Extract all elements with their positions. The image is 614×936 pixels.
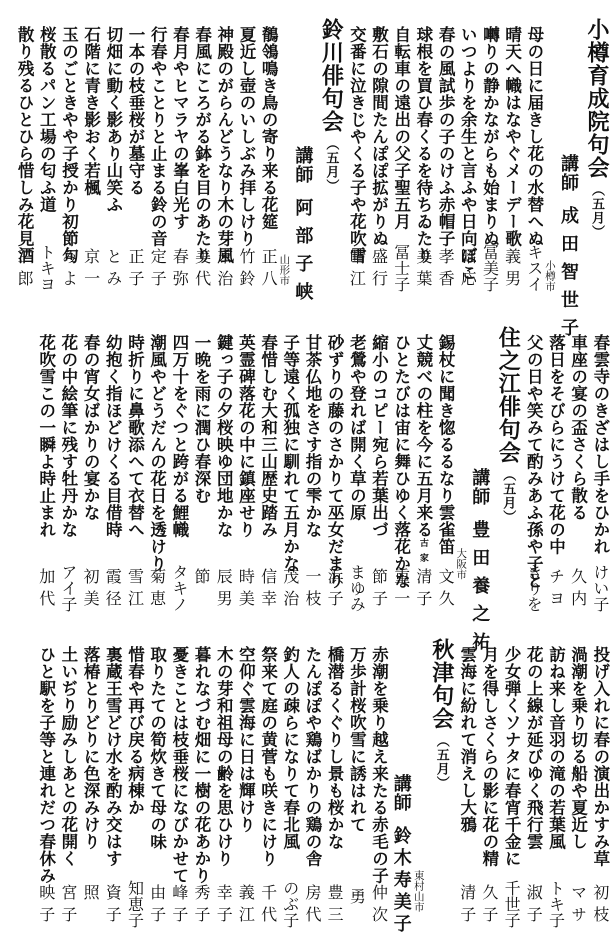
author: 浜子 (324, 568, 344, 612)
verse: 桜散るパン工場の匂ふ道 (36, 26, 56, 213)
author: のぶ子 (280, 880, 300, 928)
city-column: 東村山市 (413, 624, 425, 936)
author: 信幸 (258, 568, 278, 612)
verse: 春月やヒマラヤの峯白光す (169, 26, 189, 230)
haiku-entry: 花の上線が延びゆく飛行雲淑子 (521, 624, 543, 936)
haiku-entry: 憂きことは枝垂桜になびかせて峰子 (167, 624, 189, 936)
author: みよ (58, 248, 78, 292)
verse: 花の上線が延びゆく飛行雲 (523, 646, 543, 850)
haiku-entry: 落日をそびらにうけて花の中チヨ (543, 312, 565, 620)
haiku-entry: 花吹雪この一瞬よ時止まれ加代 (34, 312, 56, 620)
verse: 空仰ぐ雲海に日は輝けり (235, 646, 255, 833)
verse: ひと駅を子等と連れだつ春休み (36, 646, 56, 884)
group-title-column: 鈴川俳句会（五月） (314, 4, 344, 300)
author: 末治 (214, 248, 234, 292)
author: 清子 (457, 884, 477, 928)
author: 知恵子 (124, 880, 144, 928)
haiku-entry: 春月やヒマラヤの峯白光す春弥 (167, 4, 189, 300)
author: 仲次 (369, 884, 389, 928)
city-label: 山形市 (278, 254, 289, 286)
city-column: 山形市 (278, 4, 290, 300)
haiku-entry: いつよりを余生と言ふや日向ぼこ昭応 (455, 4, 477, 300)
haiku-entry: ひと駅を子等と連れだつ春休み映子 (34, 624, 56, 936)
author: 淑子 (523, 884, 543, 928)
verse: 渦潮を乗り切る船や夏近し (568, 646, 588, 850)
haiku-entry: 花の中絵筆に残す牡丹かなアイ子 (56, 312, 78, 620)
verse: 一本の枝垂桜が墓守る (125, 26, 145, 196)
haiku-entry: 木の芽和祖母の齢を思ひけり幸子 (211, 624, 233, 936)
haiku-entry: 父の日や笑みて酌みあふ孫や子ときりを (521, 312, 543, 620)
verse: 雲海に紛れて消えし大鴉 (457, 646, 477, 833)
verse: 春惜しむ大和三山歴史踏み (258, 334, 278, 538)
haiku-entry: 老鶯や登れば開く草の原まゆみ (344, 312, 366, 620)
verse: 万歩計桜吹雪に誘はれて (346, 646, 366, 833)
author: 三郎 (14, 248, 34, 292)
haiku-entry: 雲海に紛れて消えし大鴉清子 (455, 624, 477, 936)
verse: 月を得しさくらの影に花の精 (479, 646, 499, 867)
haiku-entry: 夏近し壺のいしぶみ拝しけり竹鈴 (234, 4, 256, 300)
city-column: 大阪市 (455, 312, 467, 620)
group-title: 鈴川俳句会（五月） (318, 18, 342, 193)
haiku-entry: 投げ入れに春の演出かすみ草初枝 (588, 624, 610, 936)
city-column: 小樽市 (544, 4, 556, 300)
author: 孝香 (435, 248, 455, 292)
haiku-entry: 一本の枝垂桜が墓守る正子 (123, 4, 145, 300)
author: 辰男 (213, 568, 233, 612)
band-top: 小樽育成院句会（五月） 講師成田智世子 小樽市 母の日に届きし花の水替へぬキスイ… (0, 4, 614, 300)
verse: 行春やことりと止まる鈴の音 (147, 26, 167, 247)
author: 宮子 (58, 884, 78, 928)
group-title: 秋津句会（五月） (429, 638, 453, 790)
author: キスイ (524, 244, 544, 292)
verse: たんぽぽや鶏ばかりの鶏の舎 (302, 646, 322, 867)
haiku-entry: 甘茶仏地をさす指の雫かな一枝 (300, 312, 322, 620)
haiku-entry: 訪ね来し音羽の滝の若葉風トキ子 (543, 624, 565, 936)
haiku-entry: 落椿とりどりに色深みけり照 (78, 624, 100, 936)
haiku-entry: 鶺鴒鳴き鳥の寄り来る花筵正八 (256, 4, 278, 300)
verse: 錫杖に聞き惚るるなり雲雀笛 (435, 334, 455, 555)
haiku-entry: 時折りに鼻歌添へて衣替へ雪江 (122, 312, 144, 620)
author: 映子 (36, 884, 56, 928)
author: とみ (103, 248, 123, 292)
verse: 鶺鴒鳴き鳥の寄り来る花筵 (258, 26, 278, 230)
verse: 甘茶仏地をさす指の雫かな (302, 334, 322, 538)
verse: 落椿とりどりに色深みけり (80, 646, 100, 850)
teacher-column: 講師鈴木寿美子 (389, 624, 413, 936)
author: 豊三 (324, 884, 344, 928)
verse: 木の芽和祖母の齢を思ひけり (213, 646, 233, 867)
verse: 晴天へ幟はなやぐメーデー歌 (502, 26, 522, 247)
haiku-entry: 春の宵女ばかりの宴かな初美 (78, 312, 100, 620)
verse: 春風にころがる鉢を目のあたり (192, 26, 212, 264)
verse: 車座の宴の盃さくら散る (568, 334, 588, 521)
city-label: 東村山市 (413, 870, 424, 912)
author: 重一 (391, 568, 411, 612)
verse: 釣人の疎らになりて春北風 (280, 646, 300, 850)
teacher-column: 講師阿部子峡 (290, 4, 314, 300)
verse: 祭来て庭の黄菅も咲きにけり (258, 646, 278, 867)
haiku-entry: 神殿のがらんどうなり木の芽風末治 (212, 4, 234, 300)
author: タキノ (169, 564, 189, 612)
haiku-entry: 錫杖に聞き惚るるなり雲雀笛文久 (433, 312, 455, 620)
author: 初美 (80, 568, 100, 612)
author: 加代 (36, 568, 56, 612)
haiku-entry: 幼抱く指ほどけくる目借時霞径 (100, 312, 122, 620)
author-surname: 古家 (418, 538, 428, 568)
haiku-entry: 万歩計桜吹雪に誘はれて勇 (344, 624, 366, 936)
haiku-entry: 丈競べの柱を今に五月来る古家清子 (411, 312, 433, 620)
author: 美代 (192, 248, 212, 292)
author: 時美 (235, 568, 255, 612)
author: 正子 (125, 248, 145, 292)
author: 盛行 (369, 248, 389, 292)
haiku-entry: 砂ずりの藤のさかりて巫女だまり浜子 (322, 312, 344, 620)
author: 幸子 (213, 884, 233, 928)
band-bottom: 投げ入れに春の演出かすみ草初枝 渦潮を乗り切る船や夏近しマサ 訪ね来し音羽の滝の… (0, 624, 614, 936)
verse: 散り残るひとひら惜しみ花見酒 (14, 26, 34, 264)
author: 竹鈴 (236, 248, 256, 292)
author: 茂治 (280, 568, 300, 612)
haiku-entry: 釣人の疎らになりて春北風のぶ子 (278, 624, 300, 936)
author: 正八 (258, 248, 278, 292)
verse: 春の宵女ばかりの宴かな (80, 334, 100, 521)
haiku-entry: 裏蔵王雪どけ水を酌み交はす資子 (100, 624, 122, 936)
haiku-entry: 春惜しむ大和三山歴史踏み信幸 (256, 312, 278, 620)
author: 節 (191, 568, 211, 590)
author: 照 (80, 884, 100, 906)
verse: 裏蔵王雪どけ水を酌み交はす (102, 646, 122, 867)
verse: 一晩を雨に潤ひ春深む (191, 334, 211, 504)
verse: 四万十をぐつと跨がる鯉幟 (169, 334, 189, 538)
author: 由子 (147, 884, 167, 928)
author: トキ子 (545, 880, 565, 928)
verse: 落日をそびらにうけて花の中 (545, 334, 565, 555)
haiku-entry: 英霊碑落花の中に鎮座せり時美 (233, 312, 255, 620)
verse: 切畑に動く影あり山笑ふ (103, 26, 123, 213)
haiku-entry: ひとたびは宙に舞ひゆく落花かな重一 (389, 312, 411, 620)
verse: 潮風やどうだんの花日を透けり (147, 334, 167, 572)
band-middle: 春雲寺のきざはし手をひかれけい子 車座の宴の盃さくら散る久内 落日をそびらにうけ… (0, 312, 614, 620)
author: 霞径 (102, 568, 122, 612)
author: 秀子 (191, 884, 211, 928)
teacher: 講師阿部子峡 (292, 146, 312, 310)
haiku-entry: 月を得しさくらの影に花の精久子 (477, 624, 499, 936)
verse: 英霊碑落花の中に鎮座せり (235, 334, 255, 538)
author: 久内 (568, 568, 588, 612)
verse: 取りたての筍炊きて母の味 (147, 646, 167, 850)
author: 冨美子 (479, 244, 499, 292)
haiku-entry: 母の日に届きし花の水替へぬキスイ (522, 4, 544, 300)
author: けい子 (590, 564, 610, 612)
author: チヨ (545, 568, 565, 612)
verse: 少女弾くソナタに春宵千金に (501, 646, 521, 867)
verse: 丈競べの柱を今に五月来る (413, 334, 433, 538)
verse: 子等遠く孤独に馴れて五月かな (280, 334, 300, 572)
author: 昭応 (457, 248, 477, 292)
haiku-entry: 散り残るひとひら惜しみ花見酒三郎 (12, 4, 34, 300)
group-title-column: 小樽育成院句会（五月） (580, 4, 610, 300)
haiku-entry: 車座の宴の盃さくら散る久内 (566, 312, 588, 620)
verse: 交番に泣きじやくる子や花吹雪 (346, 26, 366, 264)
verse: 玉のごときやや子授かり初節句 (58, 26, 78, 264)
verse: 夏近し壺のいしぶみ拝しけり (236, 26, 256, 247)
haiku-entry: 土いぢり励みしあとの花開く宮子 (56, 624, 78, 936)
verse: 憂きことは枝垂桜になびかせて (169, 646, 189, 884)
haiku-entry: 自転車の遠出の父子聖五月冨士子 (389, 4, 411, 300)
verse: 石階に青き影おく若楓 (81, 26, 101, 196)
author: 春弥 (169, 248, 189, 292)
haiku-entry: 四万十をぐつと跨がる鯉幟タキノ (167, 312, 189, 620)
verse: 鍵っ子の夕桜映ゆ団地かな (213, 334, 233, 538)
author: 千代 (258, 884, 278, 928)
author: マサ (568, 884, 588, 928)
haiku-entry: 春雲寺のきざはし手をひかれけい子 (588, 312, 610, 620)
haiku-entry: 潮風やどうだんの花日を透けり菊恵 (145, 312, 167, 620)
author: 晴江 (346, 248, 366, 292)
verse: 花吹雪この一瞬よ時止まれ (36, 334, 56, 538)
haiku-entry: 切畑に動く影あり山笑ふとみ (101, 4, 123, 300)
haiku-entry: 橋潜るくぐりし景も桜かな豊三 (322, 624, 344, 936)
teacher: 講師鈴木寿美子 (391, 774, 411, 936)
verse: 時折りに鼻歌添へて衣替へ (124, 334, 144, 538)
author: 久子 (479, 884, 499, 928)
haiku-entry: 鍵っ子の夕桜映ゆ団地かな辰男 (211, 312, 233, 620)
haiku-entry: 渦潮を乗り切る船や夏近しマサ (566, 624, 588, 936)
author: 一枝 (302, 568, 322, 612)
haiku-entry: たんぽぽや鶏ばかりの鶏の舎房代 (300, 624, 322, 936)
verse: 投げ入れに春の演出かすみ草 (590, 646, 610, 867)
haiku-entry: 空仰ぐ雲海に日は輝けり義江 (233, 624, 255, 936)
haiku-entry: 取りたての筍炊きて母の味由子 (145, 624, 167, 936)
verse: 土いぢり励みしあとの花開く (58, 646, 78, 867)
haiku-entry: 惜春や再び戻る病棟か知恵子 (122, 624, 144, 936)
haiku-entry: 囀りの静かながらも始まりぬ冨美子 (477, 4, 499, 300)
verse: 春の風試歩の子のけふ赤帽子 (435, 26, 455, 247)
haiku-entry: 球根を買ひ春くるを待ちゐたり美葉 (411, 4, 433, 300)
verse: 惜春や再び戻る病棟か (124, 646, 144, 816)
author: 雪江 (124, 568, 144, 612)
verse: 自転車の遠出の父子聖五月 (391, 26, 411, 230)
city-label: 大阪市 (455, 548, 466, 580)
verse: 縮小のコピー宛ら若葉出づ (369, 334, 389, 538)
haiku-entry: 玉のごときやや子授かり初節句みよ (56, 4, 78, 300)
haiku-entry: 一晩を雨に潤ひ春深む節 (189, 312, 211, 620)
author: トキヨ (36, 244, 56, 292)
author: 千世子 (501, 880, 521, 928)
author: 資子 (102, 884, 122, 928)
author: 勇 (346, 888, 366, 910)
author: 峰子 (169, 884, 189, 928)
author: 京一 (81, 248, 101, 292)
group-title-column: 住之江俳句会（五月） (491, 312, 521, 620)
verse: 母の日に届きし花の水替へぬ (524, 26, 544, 247)
author: 義男 (502, 248, 522, 292)
author: 文久 (435, 568, 455, 612)
verse: 囀りの静かながらも始まりぬ (479, 26, 499, 247)
verse: 春雲寺のきざはし手をひかれ (590, 334, 610, 555)
verse: 神殿のがらんどうなり木の芽風 (214, 26, 234, 264)
haiku-entry: 縮小のコピー宛ら若葉出づ節子 (367, 312, 389, 620)
group-title: 住之江俳句会（五月） (495, 326, 519, 524)
verse: 花の中絵筆に残す牡丹かな (58, 334, 78, 538)
haiku-entry: 石階に青き影おく若楓京一 (79, 4, 101, 300)
haiku-entry: 交番に泣きじやくる子や花吹雪晴江 (344, 4, 366, 300)
author: 節子 (369, 568, 389, 612)
verse: 訪ね来し音羽の滝の若葉風 (545, 646, 565, 850)
verse: 赤潮を乗り越え来たる赤毛の子 (369, 646, 389, 884)
group-title-column: 秋津句会（五月） (425, 624, 455, 936)
verse: 老鶯や登れば開く草の原 (346, 334, 366, 521)
author: 冨士子 (391, 244, 411, 292)
author: 古家清子 (413, 538, 433, 612)
teacher-column: 講師豊田養之祐 (467, 312, 491, 620)
haiku-entry: 子等遠く孤独に馴れて五月かな茂治 (278, 312, 300, 620)
haiku-entry: 少女弾くソナタに春宵千金に千世子 (499, 624, 521, 936)
verse: 砂ずりの藤のさかりて巫女だまり (324, 334, 344, 589)
author: 菊恵 (147, 568, 167, 612)
haiku-entry: 暮れなづむ畑に一樹の花あかり秀子 (189, 624, 211, 936)
author: きりを (523, 564, 543, 612)
haiku-entry: 春風にころがる鉢を目のあたり美代 (190, 4, 212, 300)
verse: 幼抱く指ほどけくる目借時 (102, 334, 122, 538)
teacher-column: 講師成田智世子 (556, 4, 580, 300)
city-label: 小樽市 (544, 260, 555, 292)
verse: 球根を買ひ春くるを待ちゐたり (413, 26, 433, 264)
verse: 暮れなづむ畑に一樹の花あかり (191, 646, 211, 884)
author: 初枝 (590, 884, 610, 928)
haiku-entry: 春の風試歩の子のけふ赤帽子孝香 (433, 4, 455, 300)
author: アイ子 (58, 564, 78, 612)
author: 定子 (147, 248, 167, 292)
haiku-entry: 行春やことりと止まる鈴の音定子 (145, 4, 167, 300)
verse: 橋潜るくぐりし景も桜かな (324, 646, 344, 850)
haiku-entry: 祭来て庭の黄菅も咲きにけり千代 (256, 624, 278, 936)
verse: いつよりを余生と言ふや日向ぼこ (457, 26, 477, 281)
author: 美葉 (413, 248, 433, 292)
author: 義江 (235, 884, 255, 928)
group-title: 小樽育成院句会（五月） (584, 18, 608, 239)
haiku-entry: 敷石の隙間たんぽぽ拡がりぬ盛行 (367, 4, 389, 300)
haiku-entry: 晴天へ幟はなやぐメーデー歌義男 (500, 4, 522, 300)
haiku-entry: 桜散るパン工場の匂ふ道トキヨ (34, 4, 56, 300)
author: まゆみ (346, 564, 366, 612)
verse: 敷石の隙間たんぽぽ拡がりぬ (369, 26, 389, 247)
author: 房代 (302, 884, 322, 928)
verse: ひとたびは宙に舞ひゆく落花かな (391, 334, 411, 589)
haiku-entry: 赤潮を乗り越え来たる赤毛の子仲次 (367, 624, 389, 936)
verse: 父の日や笑みて酌みあふ孫や子と (523, 334, 543, 589)
